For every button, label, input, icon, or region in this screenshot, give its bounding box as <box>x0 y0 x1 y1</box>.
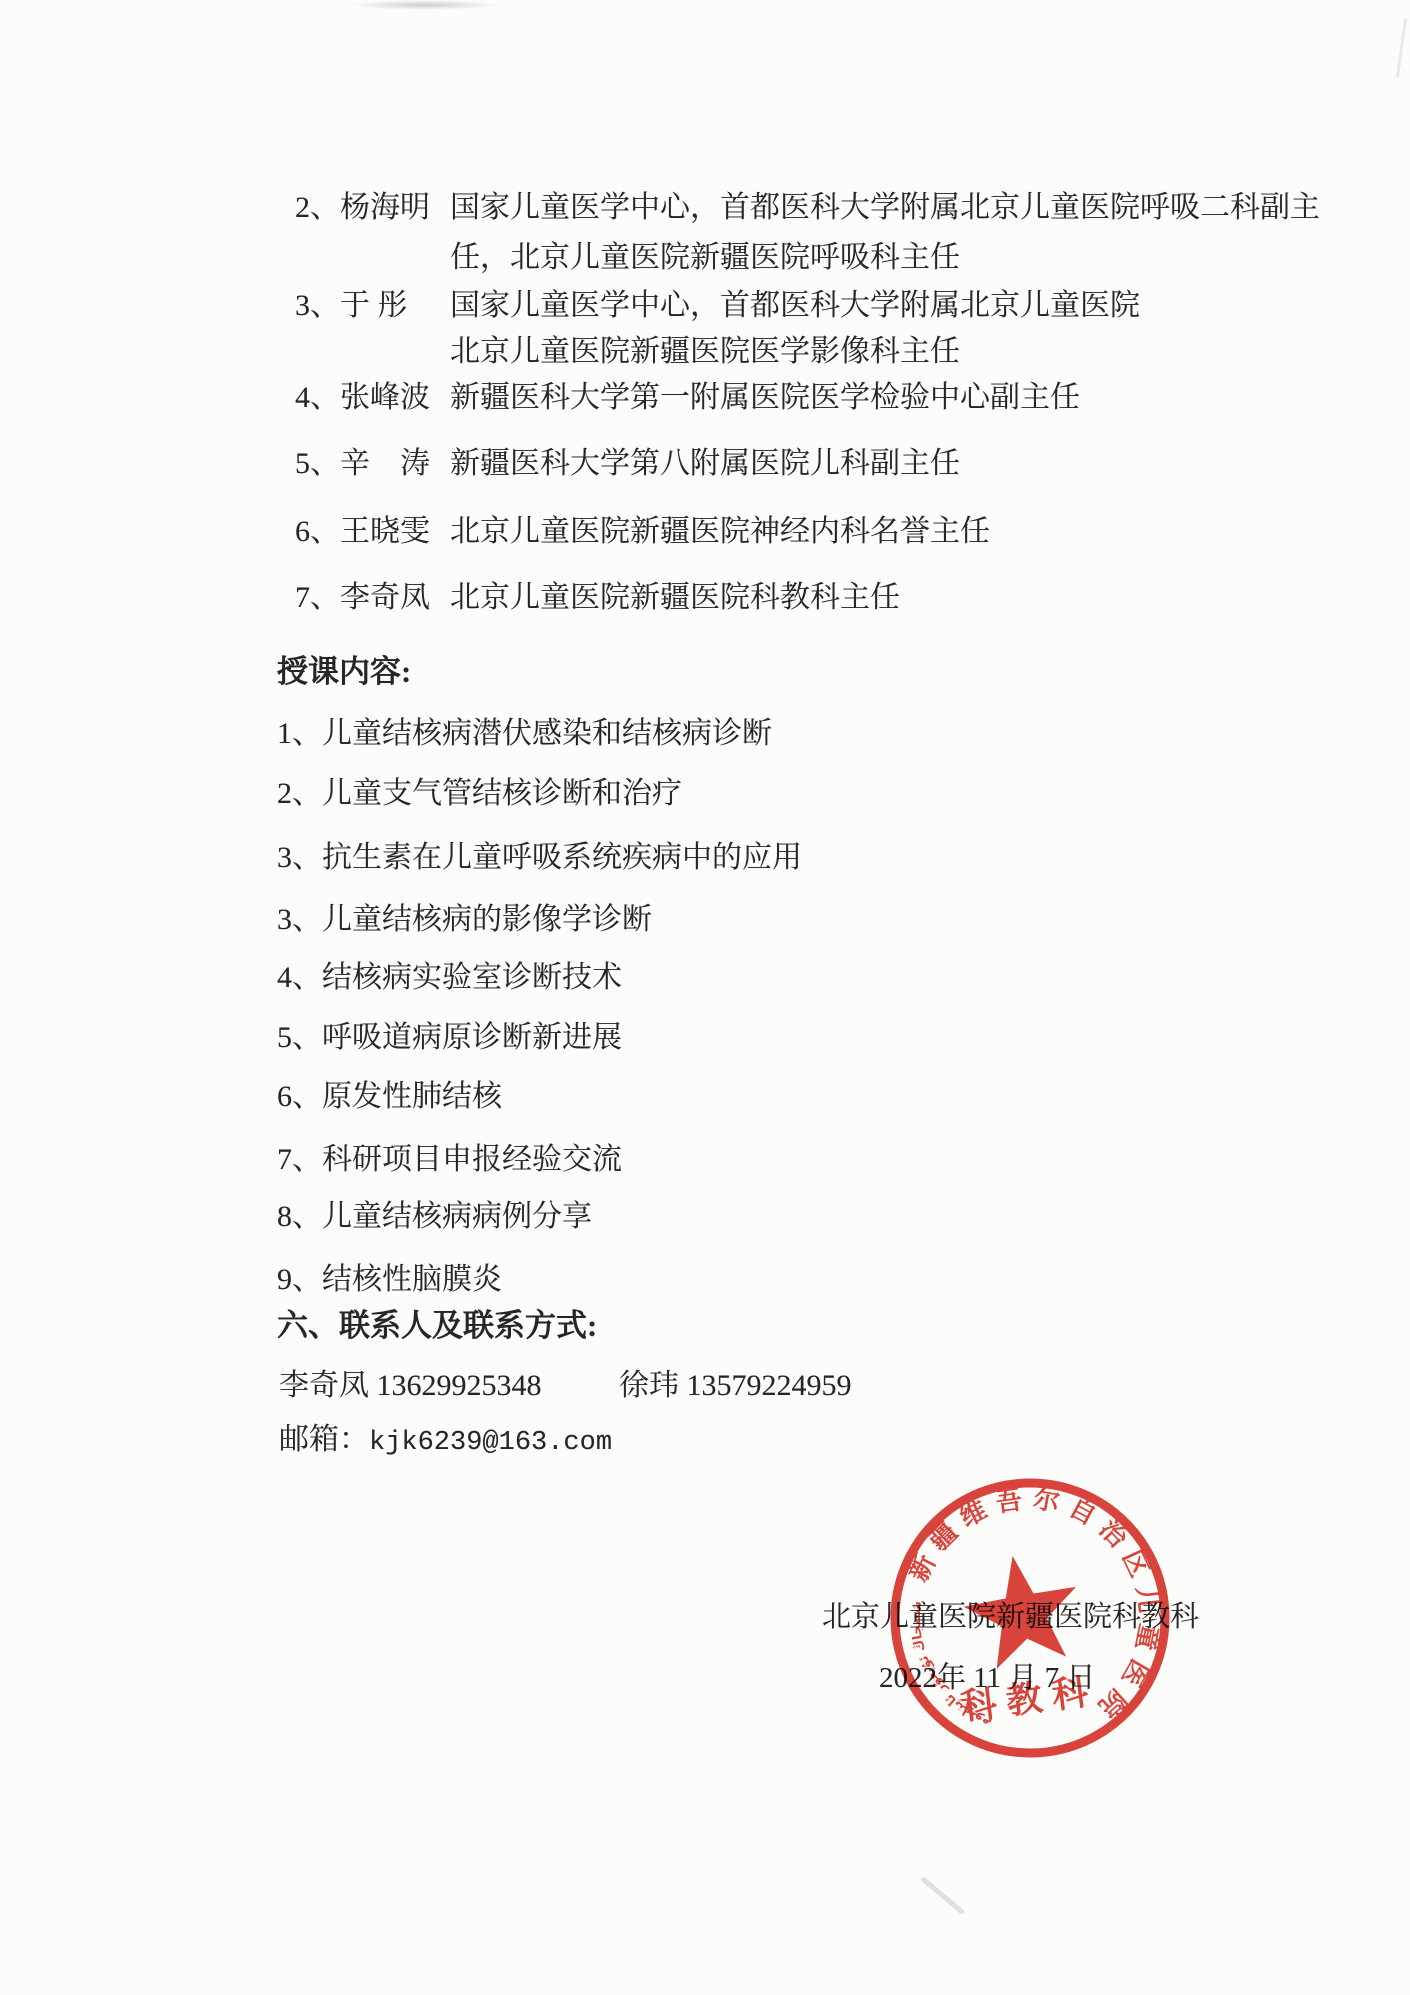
signature-date: 2022年 11 月 7 日 <box>879 1662 1095 1694</box>
expert-item-label: 5、辛 涛 <box>295 448 430 480</box>
scan-artifact <box>920 1876 965 1915</box>
contact-person-1: 李奇凤 13629925348 <box>279 1370 542 1402</box>
expert-name: 张峰波 <box>340 381 430 414</box>
expert-title-line: 北京儿童医院新疆医院神经内科名誉主任 <box>450 516 990 548</box>
expert-item-label: 7、李奇凤 <box>295 582 430 614</box>
lecture-item: 6、原发性肺结核 <box>277 1081 502 1113</box>
expert-name: 李奇凤 <box>340 581 430 614</box>
contact-phone: 13579224959 <box>687 1369 852 1402</box>
expert-name: 王晓雯 <box>340 515 430 548</box>
lecture-item: 3、儿童结核病的影像学诊断 <box>277 904 652 936</box>
expert-title-line: 任，北京儿童医院新疆医院呼吸科主任 <box>450 242 960 274</box>
expert-number: 6、 <box>295 515 340 548</box>
lecture-item: 9、结核性脑膜炎 <box>277 1264 502 1296</box>
contact-phone: 13629925348 <box>377 1369 542 1402</box>
scan-artifact <box>1396 18 1407 78</box>
contact-person-2: 徐玮 13579224959 <box>619 1370 852 1402</box>
lecture-item: 8、儿童结核病病例分享 <box>277 1201 592 1233</box>
expert-item-label: 2、杨海明 <box>295 192 430 224</box>
expert-name: 辛 涛 <box>340 447 430 480</box>
expert-number: 3、 <box>295 289 340 322</box>
lecture-item: 1、儿童结核病潜伏感染和结核病诊断 <box>277 718 772 750</box>
contact-name: 徐玮 <box>619 1369 679 1402</box>
email-address: kjk6239@163.com <box>369 1428 612 1458</box>
scan-artifact <box>350 0 500 10</box>
expert-title-line: 新疆医科大学第一附属医院医学检验中心副主任 <box>450 382 1080 414</box>
contact-name: 李奇凤 <box>279 1369 369 1402</box>
expert-name: 于 彤 <box>340 289 408 322</box>
expert-number: 2、 <box>295 191 340 224</box>
expert-number: 5、 <box>295 447 340 480</box>
lecture-item: 5、呼吸道病原诊断新进展 <box>277 1022 622 1054</box>
lecture-item: 3、抗生素在儿童呼吸系统疾病中的应用 <box>277 842 802 874</box>
expert-item-label: 3、于 彤 <box>295 290 408 322</box>
signature-org: 北京儿童医院新疆医院科教科 <box>822 1601 1199 1633</box>
section-header-contacts: 六、联系人及联系方式: <box>277 1310 597 1342</box>
lecture-item: 7、科研项目申报经验交流 <box>277 1144 622 1176</box>
expert-item-label: 6、王晓雯 <box>295 516 430 548</box>
scanned-document-page: 2、杨海明 国家儿童医学中心，首都医科大学附属北京儿童医院呼吸二科副主 任，北京… <box>0 0 1410 1995</box>
expert-title-line: 国家儿童医学中心，首都医科大学附属北京儿童医院 <box>450 290 1140 322</box>
expert-title-line: 北京儿童医院新疆医院科教科主任 <box>450 582 900 614</box>
expert-number: 7、 <box>295 581 340 614</box>
email-label: 邮箱： <box>279 1423 369 1456</box>
lecture-item: 2、儿童支气管结核诊断和治疗 <box>277 778 682 810</box>
expert-title-line: 新疆医科大学第八附属医院儿科副主任 <box>450 448 960 480</box>
expert-title-line: 国家儿童医学中心，首都医科大学附属北京儿童医院呼吸二科副主 <box>450 192 1320 224</box>
expert-title-line: 北京儿童医院新疆医院医学影像科主任 <box>450 336 960 368</box>
expert-number: 4、 <box>295 381 340 414</box>
expert-name: 杨海明 <box>340 191 430 224</box>
expert-item-label: 4、张峰波 <box>295 382 430 414</box>
lecture-item: 4、结核病实验室诊断技术 <box>277 962 622 994</box>
email-line: 邮箱：kjk6239@163.com <box>279 1424 612 1459</box>
section-header-lecture-content: 授课内容: <box>277 656 411 688</box>
